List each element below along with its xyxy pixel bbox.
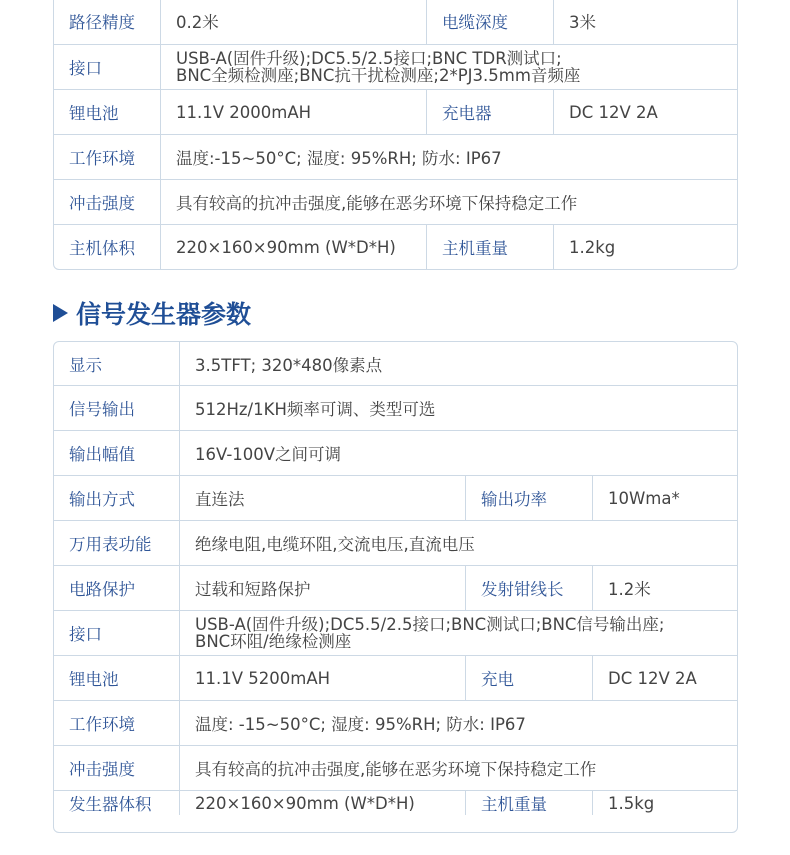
spec-value-line: USB-A(固件升级);DC5.5/2.5接口;BNC TDR测试口; [176,50,562,67]
spec-value: 1.2米 [592,566,737,610]
table-row: 路径精度 0.2米 电缆深度 3米 [54,0,737,45]
spec-value: 220×160×90mm (W*D*H) [179,791,465,815]
spec-label: 充电 [465,656,592,700]
spec-value: 0.2米 [160,0,426,44]
spec-value: 3.5TFT; 320*480像素点 [179,342,737,385]
spec-label: 主机重量 [426,225,553,269]
spec-label: 接口 [54,611,179,655]
spec-label: 输出方式 [54,476,179,520]
table-row: 输出方式 直连法 输出功率 10Wma* [54,476,737,521]
spec-value: 3米 [553,0,737,44]
spec-label: 接口 [54,45,160,89]
spec-label: 锂电池 [54,90,160,134]
spec-value: 11.1V 2000mAH [160,90,426,134]
spec-label: 锂电池 [54,656,179,700]
table-row: 冲击强度 具有较高的抗冲击强度,能够在恶劣环境下保持稳定工作 [54,180,737,225]
spec-value: 220×160×90mm (W*D*H) [160,225,426,269]
spec-value: 具有较高的抗冲击强度,能够在恶劣环境下保持稳定工作 [179,746,737,790]
spec-value: DC 12V 2A [553,90,737,134]
spec-label: 冲击强度 [54,746,179,790]
table-row: 输出幅值 16V-100V之间可调 [54,431,737,476]
spec-value: 温度: -15~50°C; 湿度: 95%RH; 防水: IP67 [179,701,737,745]
spec-value: 512Hz/1KH频率可调、类型可选 [179,386,737,430]
spec-value-line: BNC环阻/绝缘检测座 [195,633,351,650]
spec-value: USB-A(固件升级);DC5.5/2.5接口;BNC测试口;BNC信号输出座;… [179,611,737,655]
spec-value: 直连法 [179,476,465,520]
spec-label: 输出功率 [465,476,592,520]
table-row: 锂电池 11.1V 2000mAH 充电器 DC 12V 2A [54,90,737,135]
spec-label: 工作环境 [54,135,160,179]
spec-value: 11.1V 5200mAH [179,656,465,700]
spec-value-line: BNC全频检测座;BNC抗干扰检测座;2*PJ3.5mm音频座 [176,67,580,84]
section-title: 信号发生器参数 [53,295,251,331]
spec-value: 温度:-15~50°C; 湿度: 95%RH; 防水: IP67 [160,135,737,179]
spec-label: 输出幅值 [54,431,179,475]
spec-label: 电路保护 [54,566,179,610]
spec-label: 路径精度 [54,0,160,44]
table-row: 信号输出 512Hz/1KH频率可调、类型可选 [54,386,737,431]
spec-label: 发射钳线长 [465,566,592,610]
table-row: 主机体积 220×160×90mm (W*D*H) 主机重量 1.2kg [54,225,737,269]
table-row: 工作环境 温度: -15~50°C; 湿度: 95%RH; 防水: IP67 [54,701,737,746]
spec-value: 1.5kg [592,791,737,815]
spec-value: 10Wma* [592,476,737,520]
spec-value-line: USB-A(固件升级);DC5.5/2.5接口;BNC测试口;BNC信号输出座; [195,616,665,633]
spec-value: 绝缘电阻,电缆环阻,交流电压,直流电压 [179,521,737,565]
spec-value: 过载和短路保护 [179,566,465,610]
spec-value: 具有较高的抗冲击强度,能够在恶劣环境下保持稳定工作 [160,180,737,224]
triangle-right-icon [53,304,68,322]
host-spec-table: 路径精度 0.2米 电缆深度 3米 接口 USB-A(固件升级);DC5.5/2… [53,0,738,270]
spec-label: 电缆深度 [426,0,553,44]
table-row: 冲击强度 具有较高的抗冲击强度,能够在恶劣环境下保持稳定工作 [54,746,737,791]
table-row: 万用表功能 绝缘电阻,电缆环阻,交流电压,直流电压 [54,521,737,566]
table-row: 显示 3.5TFT; 320*480像素点 [54,342,737,386]
spec-label: 显示 [54,342,179,385]
spec-value: USB-A(固件升级);DC5.5/2.5接口;BNC TDR测试口; BNC全… [160,45,737,89]
spec-value: 16V-100V之间可调 [179,431,737,475]
spec-value: 1.2kg [553,225,737,269]
spec-label: 工作环境 [54,701,179,745]
spec-label: 信号输出 [54,386,179,430]
table-row: 接口 USB-A(固件升级);DC5.5/2.5接口;BNC TDR测试口; B… [54,45,737,90]
spec-label: 发生器体积 [54,791,179,815]
table-row: 接口 USB-A(固件升级);DC5.5/2.5接口;BNC测试口;BNC信号输… [54,611,737,656]
spec-label: 充电器 [426,90,553,134]
spec-value: DC 12V 2A [592,656,737,700]
spec-label: 冲击强度 [54,180,160,224]
spec-label: 万用表功能 [54,521,179,565]
generator-spec-table: 显示 3.5TFT; 320*480像素点 信号输出 512Hz/1KH频率可调… [53,341,738,833]
spec-label: 主机重量 [465,791,592,815]
section-title-text: 信号发生器参数 [76,295,251,331]
spec-label: 主机体积 [54,225,160,269]
table-row: 锂电池 11.1V 5200mAH 充电 DC 12V 2A [54,656,737,701]
table-row: 工作环境 温度:-15~50°C; 湿度: 95%RH; 防水: IP67 [54,135,737,180]
table-row: 电路保护 过载和短路保护 发射钳线长 1.2米 [54,566,737,611]
table-row: 发生器体积 220×160×90mm (W*D*H) 主机重量 1.5kg [54,791,737,815]
